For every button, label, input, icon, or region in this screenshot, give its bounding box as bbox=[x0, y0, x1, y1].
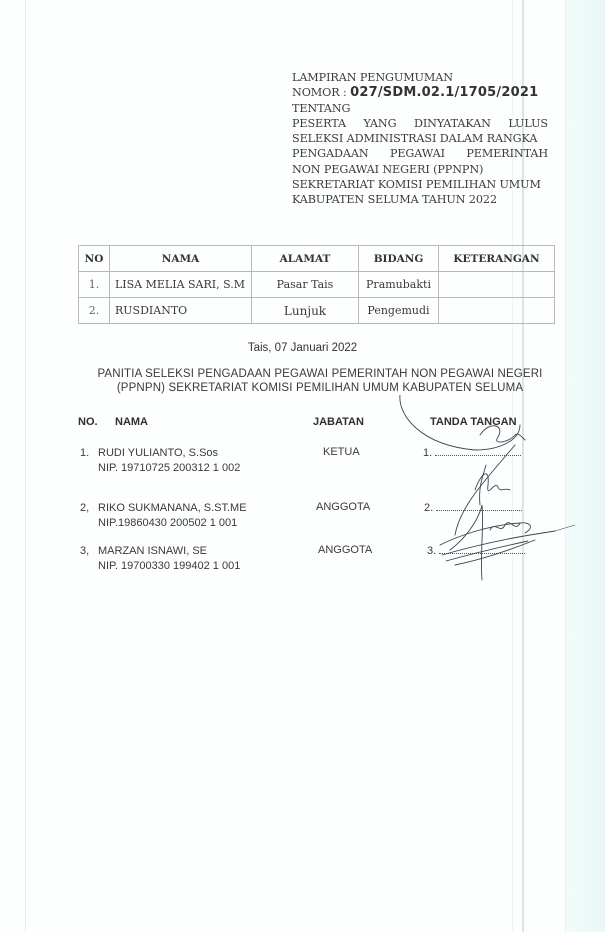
cell-nama: LISA MELIA SARI, S.M bbox=[110, 272, 252, 298]
cell-bidang: Pengemudi bbox=[359, 298, 439, 324]
nomor-value: 027/SDM.02.1/1705/2021 bbox=[350, 85, 538, 100]
sig-header-no: NO. bbox=[78, 416, 98, 428]
signature-dots bbox=[439, 544, 525, 554]
signatory-number: 1. bbox=[80, 446, 98, 461]
signatory-number: 2, bbox=[80, 501, 98, 516]
cell-keterangan bbox=[439, 272, 555, 298]
col-header-keterangan: KETERANGAN bbox=[439, 246, 555, 272]
scan-artifact-line bbox=[25, 0, 26, 932]
sig-header-tanda-tangan: TANDA TANGAN bbox=[430, 416, 517, 428]
participants-table: NO NAMA ALAMAT BIDANG KETERANGAN 1. LISA… bbox=[78, 245, 555, 324]
signatory-entry: 2,RIKO SUKMANANA, S.ST.ME NIP.19860430 2… bbox=[80, 501, 247, 531]
scan-edge-tint bbox=[566, 0, 605, 932]
sig-header-nama: NAMA bbox=[115, 416, 148, 428]
subject-line: KABUPATEN SELUMA TAHUN 2022 bbox=[292, 192, 548, 207]
subject-line: PESERTA YANG DINYATAKAN LULUS bbox=[292, 116, 548, 131]
signatory-name: RIKO SUKMANANA, S.ST.ME bbox=[98, 502, 247, 514]
scan-artifact-line bbox=[565, 0, 566, 932]
signatory-nip: NIP. 19700330 199402 1 001 bbox=[80, 559, 240, 574]
signature-number: 3. bbox=[427, 545, 436, 557]
document-date: Tais, 07 Januari 2022 bbox=[0, 342, 605, 354]
signature-dots bbox=[436, 501, 522, 511]
signatory-position: KETUA bbox=[323, 446, 360, 458]
attachment-header: LAMPIRAN PENGUMUMAN NOMOR : 027/SDM.02.1… bbox=[292, 70, 548, 208]
table-row: 2. RUSDIANTO Lunjuk Pengemudi bbox=[79, 298, 555, 324]
signature-line: 3. bbox=[427, 544, 525, 557]
attachment-title: LAMPIRAN PENGUMUMAN bbox=[292, 70, 548, 85]
signature-number: 2. bbox=[424, 502, 433, 514]
committee-title-line: (PPNPN) SEKRETARIAT KOMISI PEMILIHAN UMU… bbox=[78, 381, 562, 395]
signatory-name: MARZAN ISNAWI, SE bbox=[98, 545, 207, 557]
cell-bidang: Pramubakti bbox=[359, 272, 439, 298]
table-header-row: NO NAMA ALAMAT BIDANG KETERANGAN bbox=[79, 246, 555, 272]
cell-keterangan bbox=[439, 298, 555, 324]
col-header-nama: NAMA bbox=[110, 246, 252, 272]
signatory-position: ANGGOTA bbox=[316, 501, 370, 513]
col-header-alamat: ALAMAT bbox=[252, 246, 359, 272]
signatory-nip: NIP. 19710725 200312 1 002 bbox=[80, 461, 240, 476]
sig-header-jabatan: JABATAN bbox=[313, 416, 364, 428]
committee-title-line: PANITIA SELEKSI PENGADAAN PEGAWAI PEMERI… bbox=[78, 367, 562, 381]
cell-no: 1. bbox=[79, 272, 110, 298]
signatory-number: 3, bbox=[80, 544, 98, 559]
cell-no: 2. bbox=[79, 298, 110, 324]
signatory-name: RUDI YULIANTO, S.Sos bbox=[98, 447, 218, 459]
signature-line: 1. bbox=[423, 446, 521, 459]
signatory-entry: 1.RUDI YULIANTO, S.Sos NIP. 19710725 200… bbox=[80, 446, 240, 476]
col-header-bidang: BIDANG bbox=[359, 246, 439, 272]
signature-line: 2. bbox=[424, 501, 522, 514]
subject-line: SEKRETARIAT KOMISI PEMILIHAN UMUM bbox=[292, 177, 548, 192]
signatory-entry: 3,MARZAN ISNAWI, SE NIP. 19700330 199402… bbox=[80, 544, 240, 574]
nomor-label: NOMOR : bbox=[292, 86, 350, 99]
signature-dots bbox=[435, 446, 521, 456]
cell-alamat: Lunjuk bbox=[252, 298, 359, 324]
col-header-no: NO bbox=[79, 246, 110, 272]
signature-number: 1. bbox=[423, 447, 432, 459]
committee-title: PANITIA SELEKSI PENGADAAN PEGAWAI PEMERI… bbox=[78, 367, 562, 395]
document-number: NOMOR : 027/SDM.02.1/1705/2021 bbox=[292, 85, 548, 100]
table-row: 1. LISA MELIA SARI, S.M Pasar Tais Pramu… bbox=[79, 272, 555, 298]
subject-line: PENGADAAN PEGAWAI PEMERINTAH bbox=[292, 146, 548, 161]
subject-line: SELEKSI ADMINISTRASI DALAM RANGKA bbox=[292, 131, 548, 146]
signatory-nip: NIP.19860430 200502 1 001 bbox=[80, 516, 247, 531]
signatory-position: ANGGOTA bbox=[318, 544, 372, 556]
cell-nama: RUSDIANTO bbox=[110, 298, 252, 324]
subject-line: NON PEGAWAI NEGERI (PPNPN) bbox=[292, 162, 548, 177]
cell-alamat: Pasar Tais bbox=[252, 272, 359, 298]
tentang-label: TENTANG bbox=[292, 101, 548, 116]
